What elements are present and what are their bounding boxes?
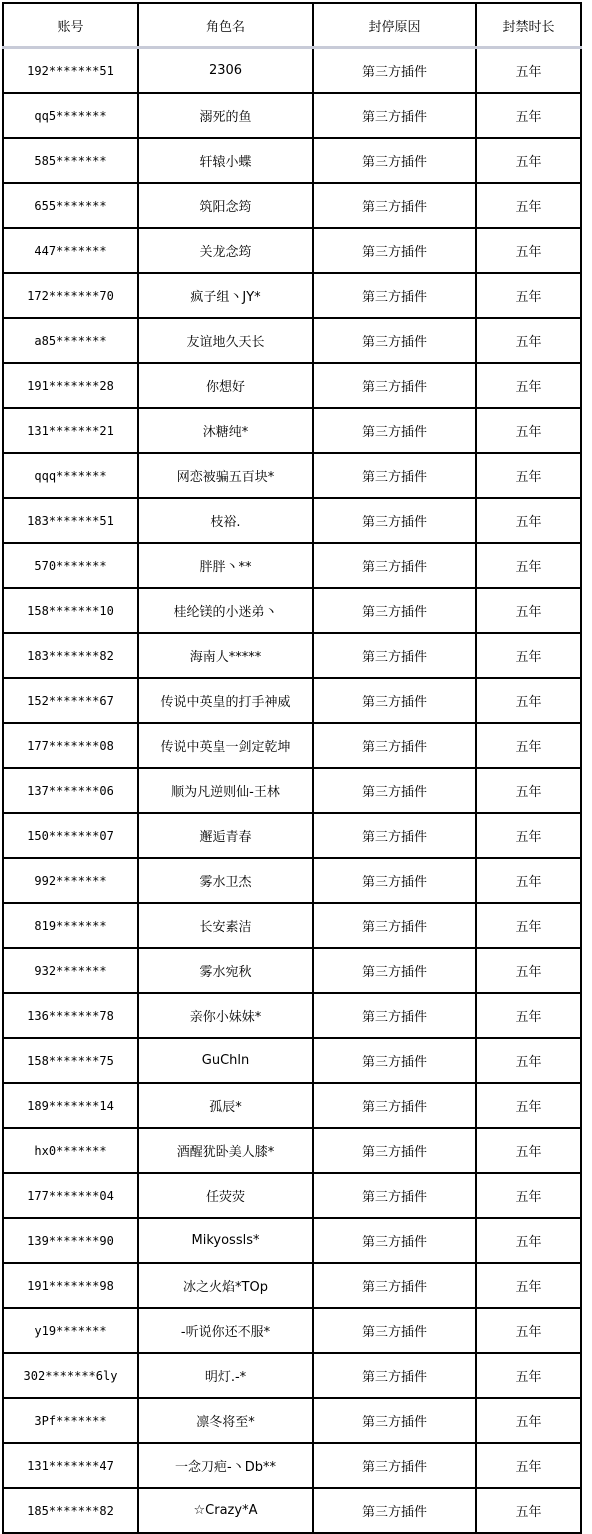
role-name-cell: 枝裕. [138, 498, 313, 543]
account-cell: hx0******* [3, 1128, 138, 1173]
table-row: 150*******07邂逅青春第三方插件五年 [3, 813, 581, 858]
ban-reason-cell: 第三方插件 [313, 273, 476, 318]
table-row: 183*******82海南人*****第三方插件五年 [3, 633, 581, 678]
role-name-cell: -听说你还不服* [138, 1308, 313, 1353]
account-cell: 152*******67 [3, 678, 138, 723]
table-row: 136*******78亲你小妹妹*第三方插件五年 [3, 993, 581, 1038]
account-cell: 191*******98 [3, 1263, 138, 1308]
account-cell: 191*******28 [3, 363, 138, 408]
ban-reason-cell: 第三方插件 [313, 93, 476, 138]
account-cell: 158*******75 [3, 1038, 138, 1083]
role-name-cell: 2306 [138, 48, 313, 94]
ban-duration-cell: 五年 [476, 1038, 581, 1083]
account-cell: 192*******51 [3, 48, 138, 94]
role-name-cell: 孤辰* [138, 1083, 313, 1128]
ban-duration-cell: 五年 [476, 228, 581, 273]
ban-duration-cell: 五年 [476, 138, 581, 183]
account-cell: 131*******21 [3, 408, 138, 453]
table-row: 655*******筑阳念筠第三方插件五年 [3, 183, 581, 228]
ban-duration-cell: 五年 [476, 813, 581, 858]
ban-reason-cell: 第三方插件 [313, 813, 476, 858]
ban-reason-cell: 第三方插件 [313, 948, 476, 993]
table-row: 172*******70疯子组丶JY*第三方插件五年 [3, 273, 581, 318]
header-ban-reason: 封停原因 [313, 3, 476, 48]
table-row: 302*******6ly明灯.-*第三方插件五年 [3, 1353, 581, 1398]
ban-reason-cell: 第三方插件 [313, 1398, 476, 1443]
ban-reason-cell: 第三方插件 [313, 903, 476, 948]
table-row: 192*******512306第三方插件五年 [3, 48, 581, 94]
ban-reason-cell: 第三方插件 [313, 48, 476, 94]
role-name-cell: 雾水宛秋 [138, 948, 313, 993]
table-row: 131*******21沐糖纯*第三方插件五年 [3, 408, 581, 453]
table-header-row: 账号 角色名 封停原因 封禁时长 [3, 3, 581, 48]
role-name-cell: 桂纶镁的小迷弟丶 [138, 588, 313, 633]
ban-duration-cell: 五年 [476, 48, 581, 94]
ban-duration-cell: 五年 [476, 363, 581, 408]
role-name-cell: 邂逅青春 [138, 813, 313, 858]
table-row: 3Pf*******凛冬将至*第三方插件五年 [3, 1398, 581, 1443]
table-row: 585*******轩辕小蝶第三方插件五年 [3, 138, 581, 183]
ban-duration-cell: 五年 [476, 1173, 581, 1218]
ban-duration-cell: 五年 [476, 453, 581, 498]
ban-duration-cell: 五年 [476, 678, 581, 723]
table-row: 177*******04任荧荧第三方插件五年 [3, 1173, 581, 1218]
ban-duration-cell: 五年 [476, 633, 581, 678]
role-name-cell: GuChln [138, 1038, 313, 1083]
table-row: 992*******雾水卫杰第三方插件五年 [3, 858, 581, 903]
table-row: 447*******关龙念筠第三方插件五年 [3, 228, 581, 273]
table-row: 139*******90Mikyossls*第三方插件五年 [3, 1218, 581, 1263]
header-ban-duration: 封禁时长 [476, 3, 581, 48]
table-row: 177*******08传说中英皇一剑定乾坤第三方插件五年 [3, 723, 581, 768]
ban-duration-cell: 五年 [476, 858, 581, 903]
ban-reason-cell: 第三方插件 [313, 993, 476, 1038]
ban-reason-cell: 第三方插件 [313, 768, 476, 813]
role-name-cell: 凛冬将至* [138, 1398, 313, 1443]
ban-reason-cell: 第三方插件 [313, 1083, 476, 1128]
table-row: qq5*******溺死的鱼第三方插件五年 [3, 93, 581, 138]
account-cell: 137*******06 [3, 768, 138, 813]
table-row: 152*******67传说中英皇的打手神威第三方插件五年 [3, 678, 581, 723]
ban-duration-cell: 五年 [476, 408, 581, 453]
ban-reason-cell: 第三方插件 [313, 408, 476, 453]
ban-reason-cell: 第三方插件 [313, 1218, 476, 1263]
ban-reason-cell: 第三方插件 [313, 1173, 476, 1218]
table-row: 131*******47一念刀疤-丶Db**第三方插件五年 [3, 1443, 581, 1488]
header-account: 账号 [3, 3, 138, 48]
role-name-cell: 海南人***** [138, 633, 313, 678]
table-row: 932*******雾水宛秋第三方插件五年 [3, 948, 581, 993]
ban-duration-cell: 五年 [476, 183, 581, 228]
account-cell: 447******* [3, 228, 138, 273]
table-row: qqq*******网恋被骗五百块*第三方插件五年 [3, 453, 581, 498]
account-cell: 655******* [3, 183, 138, 228]
ban-duration-cell: 五年 [476, 498, 581, 543]
role-name-cell: 亲你小妹妹* [138, 993, 313, 1038]
ban-duration-cell: 五年 [476, 993, 581, 1038]
ban-reason-cell: 第三方插件 [313, 1128, 476, 1173]
ban-reason-cell: 第三方插件 [313, 363, 476, 408]
table-row: y19*******-听说你还不服*第三方插件五年 [3, 1308, 581, 1353]
ban-reason-cell: 第三方插件 [313, 633, 476, 678]
role-name-cell: 传说中英皇一剑定乾坤 [138, 723, 313, 768]
ban-list-table: 账号 角色名 封停原因 封禁时长 192*******512306第三方插件五年… [2, 2, 582, 1534]
ban-reason-cell: 第三方插件 [313, 723, 476, 768]
account-cell: a85******* [3, 318, 138, 363]
role-name-cell: Mikyossls* [138, 1218, 313, 1263]
ban-duration-cell: 五年 [476, 1443, 581, 1488]
account-cell: 150*******07 [3, 813, 138, 858]
account-cell: 3Pf******* [3, 1398, 138, 1443]
ban-reason-cell: 第三方插件 [313, 1263, 476, 1308]
table-row: 191*******98冰之火焰*TOp第三方插件五年 [3, 1263, 581, 1308]
account-cell: 185*******82 [3, 1488, 138, 1533]
ban-reason-cell: 第三方插件 [313, 228, 476, 273]
ban-duration-cell: 五年 [476, 903, 581, 948]
role-name-cell: 筑阳念筠 [138, 183, 313, 228]
ban-duration-cell: 五年 [476, 318, 581, 363]
ban-duration-cell: 五年 [476, 1353, 581, 1398]
role-name-cell: 轩辕小蝶 [138, 138, 313, 183]
ban-reason-cell: 第三方插件 [313, 1443, 476, 1488]
ban-duration-cell: 五年 [476, 1083, 581, 1128]
ban-duration-cell: 五年 [476, 543, 581, 588]
account-cell: 136*******78 [3, 993, 138, 1038]
account-cell: qq5******* [3, 93, 138, 138]
account-cell: 570******* [3, 543, 138, 588]
account-cell: 131*******47 [3, 1443, 138, 1488]
ban-reason-cell: 第三方插件 [313, 1353, 476, 1398]
account-cell: 177*******08 [3, 723, 138, 768]
account-cell: qqq******* [3, 453, 138, 498]
ban-duration-cell: 五年 [476, 1128, 581, 1173]
ban-duration-cell: 五年 [476, 768, 581, 813]
ban-reason-cell: 第三方插件 [313, 1038, 476, 1083]
ban-reason-cell: 第三方插件 [313, 453, 476, 498]
account-cell: 139*******90 [3, 1218, 138, 1263]
account-cell: 932******* [3, 948, 138, 993]
ban-reason-cell: 第三方插件 [313, 678, 476, 723]
account-cell: 302*******6ly [3, 1353, 138, 1398]
role-name-cell: 溺死的鱼 [138, 93, 313, 138]
ban-duration-cell: 五年 [476, 588, 581, 633]
role-name-cell: 雾水卫杰 [138, 858, 313, 903]
role-name-cell: 长安素洁 [138, 903, 313, 948]
role-name-cell: 友谊地久天长 [138, 318, 313, 363]
ban-reason-cell: 第三方插件 [313, 498, 476, 543]
role-name-cell: 任荧荧 [138, 1173, 313, 1218]
role-name-cell: ☆Crazy*A [138, 1488, 313, 1533]
account-cell: 177*******04 [3, 1173, 138, 1218]
table-body: 192*******512306第三方插件五年qq5*******溺死的鱼第三方… [3, 48, 581, 1534]
ban-duration-cell: 五年 [476, 1398, 581, 1443]
ban-duration-cell: 五年 [476, 273, 581, 318]
account-cell: 172*******70 [3, 273, 138, 318]
table-row: 819*******长安素洁第三方插件五年 [3, 903, 581, 948]
role-name-cell: 关龙念筠 [138, 228, 313, 273]
account-cell: 819******* [3, 903, 138, 948]
account-cell: 183*******51 [3, 498, 138, 543]
account-cell: y19******* [3, 1308, 138, 1353]
ban-duration-cell: 五年 [476, 1308, 581, 1353]
ban-reason-cell: 第三方插件 [313, 858, 476, 903]
ban-duration-cell: 五年 [476, 948, 581, 993]
ban-duration-cell: 五年 [476, 1488, 581, 1533]
ban-duration-cell: 五年 [476, 93, 581, 138]
role-name-cell: 传说中英皇的打手神威 [138, 678, 313, 723]
ban-reason-cell: 第三方插件 [313, 543, 476, 588]
account-cell: 183*******82 [3, 633, 138, 678]
role-name-cell: 你想好 [138, 363, 313, 408]
ban-reason-cell: 第三方插件 [313, 318, 476, 363]
role-name-cell: 网恋被骗五百块* [138, 453, 313, 498]
table-row: 158*******75GuChln第三方插件五年 [3, 1038, 581, 1083]
role-name-cell: 疯子组丶JY* [138, 273, 313, 318]
table-row: 570*******胖胖丶**第三方插件五年 [3, 543, 581, 588]
role-name-cell: 酒醒犹卧美人膝* [138, 1128, 313, 1173]
ban-duration-cell: 五年 [476, 1218, 581, 1263]
ban-reason-cell: 第三方插件 [313, 1308, 476, 1353]
role-name-cell: 明灯.-* [138, 1353, 313, 1398]
role-name-cell: 胖胖丶** [138, 543, 313, 588]
table-row: a85*******友谊地久天长第三方插件五年 [3, 318, 581, 363]
ban-reason-cell: 第三方插件 [313, 138, 476, 183]
account-cell: 158*******10 [3, 588, 138, 633]
role-name-cell: 一念刀疤-丶Db** [138, 1443, 313, 1488]
table-row: 191*******28你想好第三方插件五年 [3, 363, 581, 408]
role-name-cell: 沐糖纯* [138, 408, 313, 453]
role-name-cell: 冰之火焰*TOp [138, 1263, 313, 1308]
ban-reason-cell: 第三方插件 [313, 588, 476, 633]
table-row: 183*******51枝裕.第三方插件五年 [3, 498, 581, 543]
table-row: 158*******10桂纶镁的小迷弟丶第三方插件五年 [3, 588, 581, 633]
table-row: 185*******82☆Crazy*A第三方插件五年 [3, 1488, 581, 1533]
table-row: 137*******06顺为凡逆则仙-王林第三方插件五年 [3, 768, 581, 813]
account-cell: 585******* [3, 138, 138, 183]
table-row: hx0*******酒醒犹卧美人膝*第三方插件五年 [3, 1128, 581, 1173]
ban-duration-cell: 五年 [476, 723, 581, 768]
account-cell: 992******* [3, 858, 138, 903]
ban-reason-cell: 第三方插件 [313, 1488, 476, 1533]
account-cell: 189*******14 [3, 1083, 138, 1128]
header-role-name: 角色名 [138, 3, 313, 48]
ban-reason-cell: 第三方插件 [313, 183, 476, 228]
role-name-cell: 顺为凡逆则仙-王林 [138, 768, 313, 813]
table-row: 189*******14孤辰*第三方插件五年 [3, 1083, 581, 1128]
ban-duration-cell: 五年 [476, 1263, 581, 1308]
